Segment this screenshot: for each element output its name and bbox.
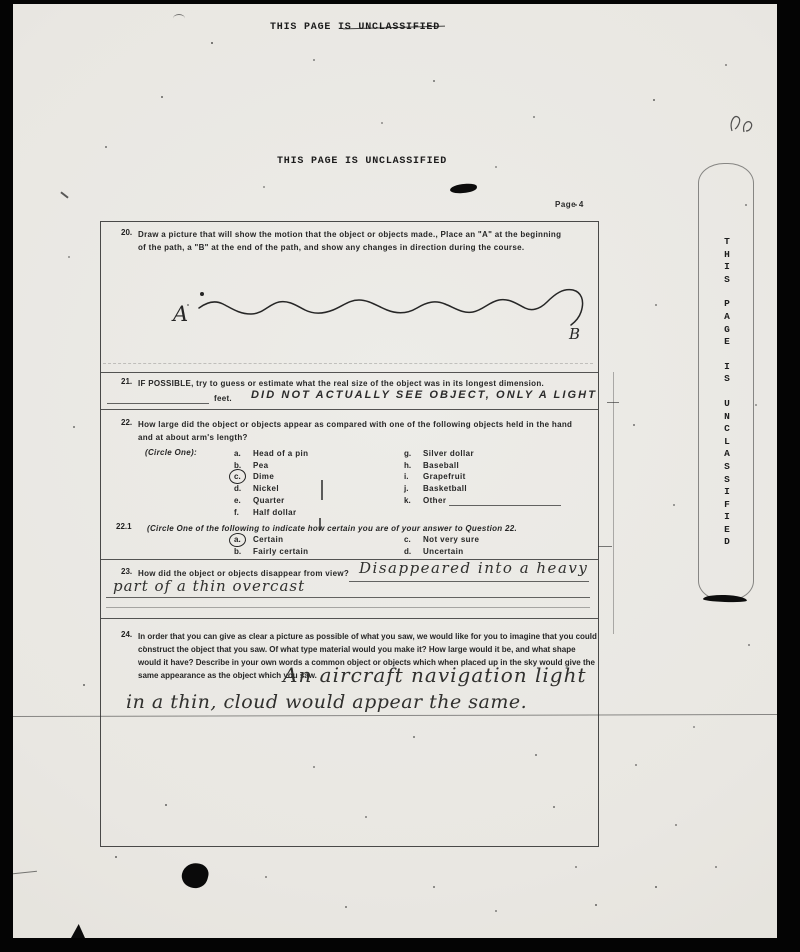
q22-option-k-label: Other bbox=[423, 496, 446, 505]
ink-smudge bbox=[450, 183, 478, 194]
bracket-heavy-stroke bbox=[703, 594, 747, 603]
q22-option-a-label: Head of a pin bbox=[253, 449, 308, 458]
q22-option-d-label: Nickel bbox=[253, 484, 279, 493]
page-number: Page 4 bbox=[555, 200, 584, 209]
q22-option-a-letter: a. bbox=[234, 449, 241, 458]
q23-answer-underline2 bbox=[106, 597, 590, 598]
stray-vertical-mark bbox=[321, 480, 323, 500]
q23-answer-line1: Disappeared into a heavy bbox=[359, 559, 588, 577]
q22-option-d-letter: d. bbox=[234, 484, 241, 493]
scanned-document-page: THIS PAGE IS UNCLASSIFIED THIS PAGE IS U… bbox=[0, 0, 800, 952]
q22-option-e-letter: e. bbox=[234, 496, 241, 505]
q23-number: 23. bbox=[121, 567, 132, 576]
q22-number: 22. bbox=[121, 418, 132, 427]
q22-1-option-d-letter: d. bbox=[404, 547, 411, 556]
section-divider bbox=[101, 409, 598, 410]
ink-blob bbox=[179, 860, 210, 891]
q22-1-option-a-label: Certain bbox=[253, 535, 283, 544]
paper-sheet: THIS PAGE IS UNCLASSIFIED THIS PAGE IS U… bbox=[13, 4, 777, 938]
path-label-b: B bbox=[568, 325, 580, 343]
q22-text-line1: How large did the object or objects appe… bbox=[138, 418, 572, 431]
stray-mark bbox=[60, 191, 68, 198]
q22-option-f-letter: f. bbox=[234, 508, 239, 517]
path-label-a: A bbox=[171, 302, 188, 326]
corner-wedge bbox=[71, 924, 85, 938]
q24-answer-line2: in a thin, cloud would appear the same. bbox=[126, 691, 527, 713]
q22-option-e-label: Quarter bbox=[253, 496, 285, 505]
q22-1-option-c-label: Not very sure bbox=[423, 535, 479, 544]
section-divider bbox=[101, 372, 598, 373]
stray-vertical-mark bbox=[319, 518, 321, 530]
q21-blank-line bbox=[107, 403, 209, 404]
q21-answer-handwritten: DID NOT ACTUALLY SEE OBJECT, ONLY A LIGH… bbox=[251, 389, 597, 401]
classification-stamp-mid: THIS PAGE IS UNCLASSIFIED bbox=[277, 156, 447, 167]
q22-1-option-b-letter: b. bbox=[234, 547, 241, 556]
q22-1-option-b-label: Fairly certain bbox=[253, 547, 308, 556]
q22-other-blank bbox=[449, 505, 561, 506]
classification-stamp-side: THISPAGEISUNCLASSIFIED bbox=[713, 236, 741, 549]
q23-answer-line2: part of a thin overcast bbox=[113, 577, 305, 595]
q22-option-g-label: Silver dollar bbox=[423, 449, 474, 458]
q24-number: 24. bbox=[121, 630, 132, 639]
q22-option-k-letter: k. bbox=[404, 496, 411, 505]
section-divider bbox=[101, 618, 598, 619]
q22-option-j-label: Basketball bbox=[423, 484, 467, 493]
q21-unit-label: feet. bbox=[214, 392, 232, 405]
q21-number: 21. bbox=[121, 377, 132, 386]
stray-mark bbox=[173, 14, 185, 23]
q22-1-option-d-label: Uncertain bbox=[423, 547, 464, 556]
q22-option-h-letter: h. bbox=[404, 461, 411, 470]
q24-text-line2: construct the object that you saw. Of wh… bbox=[138, 643, 576, 656]
q22-option-h-label: Baseball bbox=[423, 461, 459, 470]
faint-rule bbox=[103, 363, 593, 364]
q24-answer-line1: An aircraft navigation light bbox=[283, 663, 587, 687]
fold-crease bbox=[613, 372, 614, 634]
path-start-dot bbox=[200, 292, 204, 296]
q22-option-b-label: Pea bbox=[253, 461, 268, 470]
q22-1-number: 22.1 bbox=[116, 522, 132, 531]
q22-option-c-label: Dime bbox=[253, 472, 274, 481]
q22-option-g-letter: g. bbox=[404, 449, 411, 458]
q22-option-i-label: Grapefruit bbox=[423, 472, 466, 481]
q23-answer-underline1 bbox=[349, 581, 589, 582]
q22-circle-instruction: (Circle One): bbox=[145, 446, 197, 459]
q23-answer-underline3 bbox=[106, 607, 590, 608]
q22-option-j-letter: j. bbox=[404, 484, 408, 493]
q22-option-i-letter: i. bbox=[404, 472, 408, 481]
q22-1-text: (Circle One of the following to indicate… bbox=[147, 522, 517, 535]
q22-option-f-label: Half dollar bbox=[253, 508, 297, 517]
flight-path-drawing: A B bbox=[101, 222, 598, 372]
stray-dash bbox=[13, 871, 37, 875]
margin-squiggle bbox=[728, 109, 756, 137]
scan-noise bbox=[13, 4, 15, 6]
questionnaire-box: 20. Draw a picture that will show the mo… bbox=[100, 221, 599, 847]
q22-circled-answer bbox=[228, 468, 247, 485]
q22-text-line2: and at about arm's length? bbox=[138, 431, 248, 444]
q24-text-line1: In order that you can give as clear a pi… bbox=[138, 630, 597, 643]
stray-dash bbox=[598, 546, 612, 547]
q22-1-option-c-letter: c. bbox=[404, 535, 411, 544]
q22-1-circled-answer bbox=[228, 532, 247, 548]
